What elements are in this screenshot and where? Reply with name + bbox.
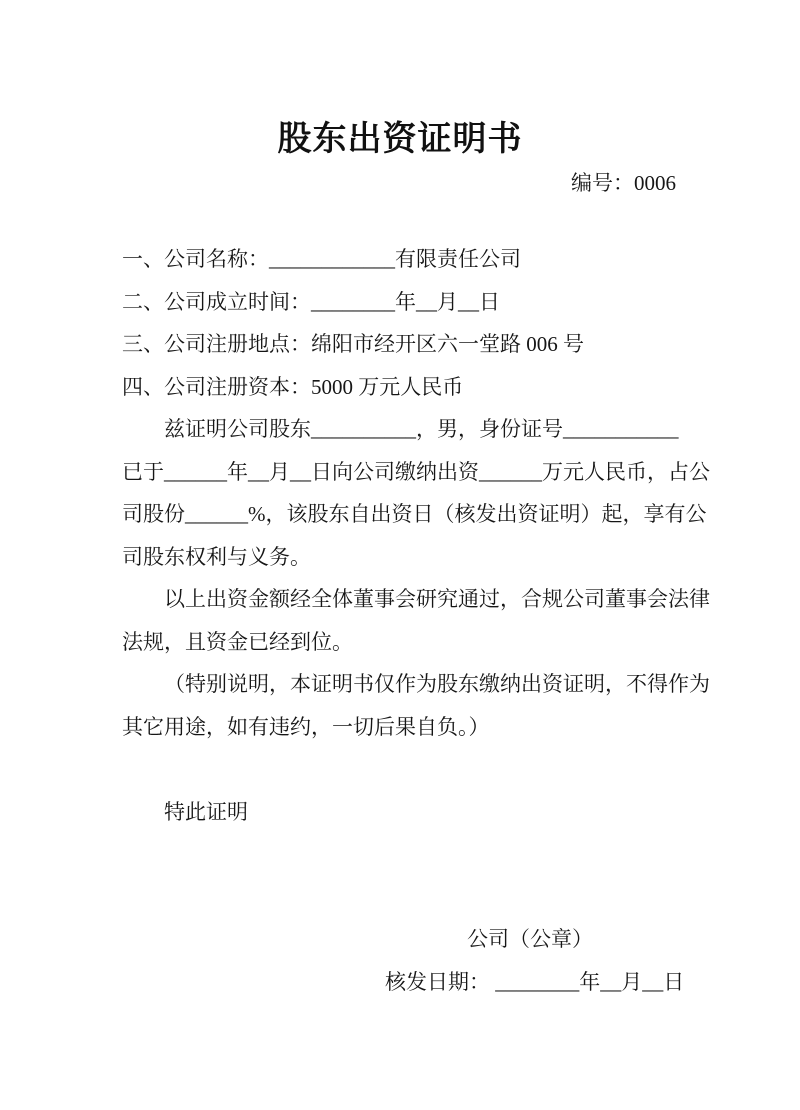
- document-line: 已于______年__月__日向公司缴纳出资______万元人民币，占公: [122, 451, 678, 494]
- document-title: 股东出资证明书: [122, 118, 678, 162]
- document-line: 兹证明公司股东__________，男，身份证号___________: [122, 408, 678, 451]
- document-line: 法规，且资金已经到位。: [122, 621, 678, 664]
- document-line: 以上出资金额经全体董事会研究通过，合规公司董事会法律: [122, 578, 678, 621]
- blank-line: [122, 833, 678, 876]
- document-line: 二、公司成立时间：________年__月__日: [122, 281, 678, 324]
- document-line: （特别说明，本证明书仅作为股东缴纳出资证明，不得作为: [122, 663, 678, 706]
- blank-line: [122, 748, 678, 791]
- document-content: 股东出资证明书 编号：0006 一、公司名称：____________有限责任公…: [0, 0, 800, 1003]
- document-line: 核发日期： ________年__月__日: [385, 961, 678, 1004]
- document-page: 股东出资证明书 编号：0006 一、公司名称：____________有限责任公…: [0, 0, 800, 1110]
- document-line: 三、公司注册地点：绵阳市经开区六一堂路 006 号: [122, 323, 678, 366]
- document-line: 四、公司注册资本：5000 万元人民币: [122, 366, 678, 409]
- document-line: 司股份______%，该股东自出资日（核发出资证明）起，享有公: [122, 493, 678, 536]
- document-line: 一、公司名称：____________有限责任公司: [122, 238, 678, 281]
- blank-line: [122, 876, 678, 919]
- document-body: 一、公司名称：____________有限责任公司二、公司成立时间：______…: [122, 238, 678, 1003]
- document-line: 其它用途，如有违约，一切后果自负。）: [122, 706, 678, 749]
- document-number: 编号：0006: [122, 168, 678, 198]
- document-line: 公司（公章）: [467, 918, 678, 961]
- document-line: 司股东权利与义务。: [122, 536, 678, 579]
- document-line: 特此证明: [122, 791, 678, 834]
